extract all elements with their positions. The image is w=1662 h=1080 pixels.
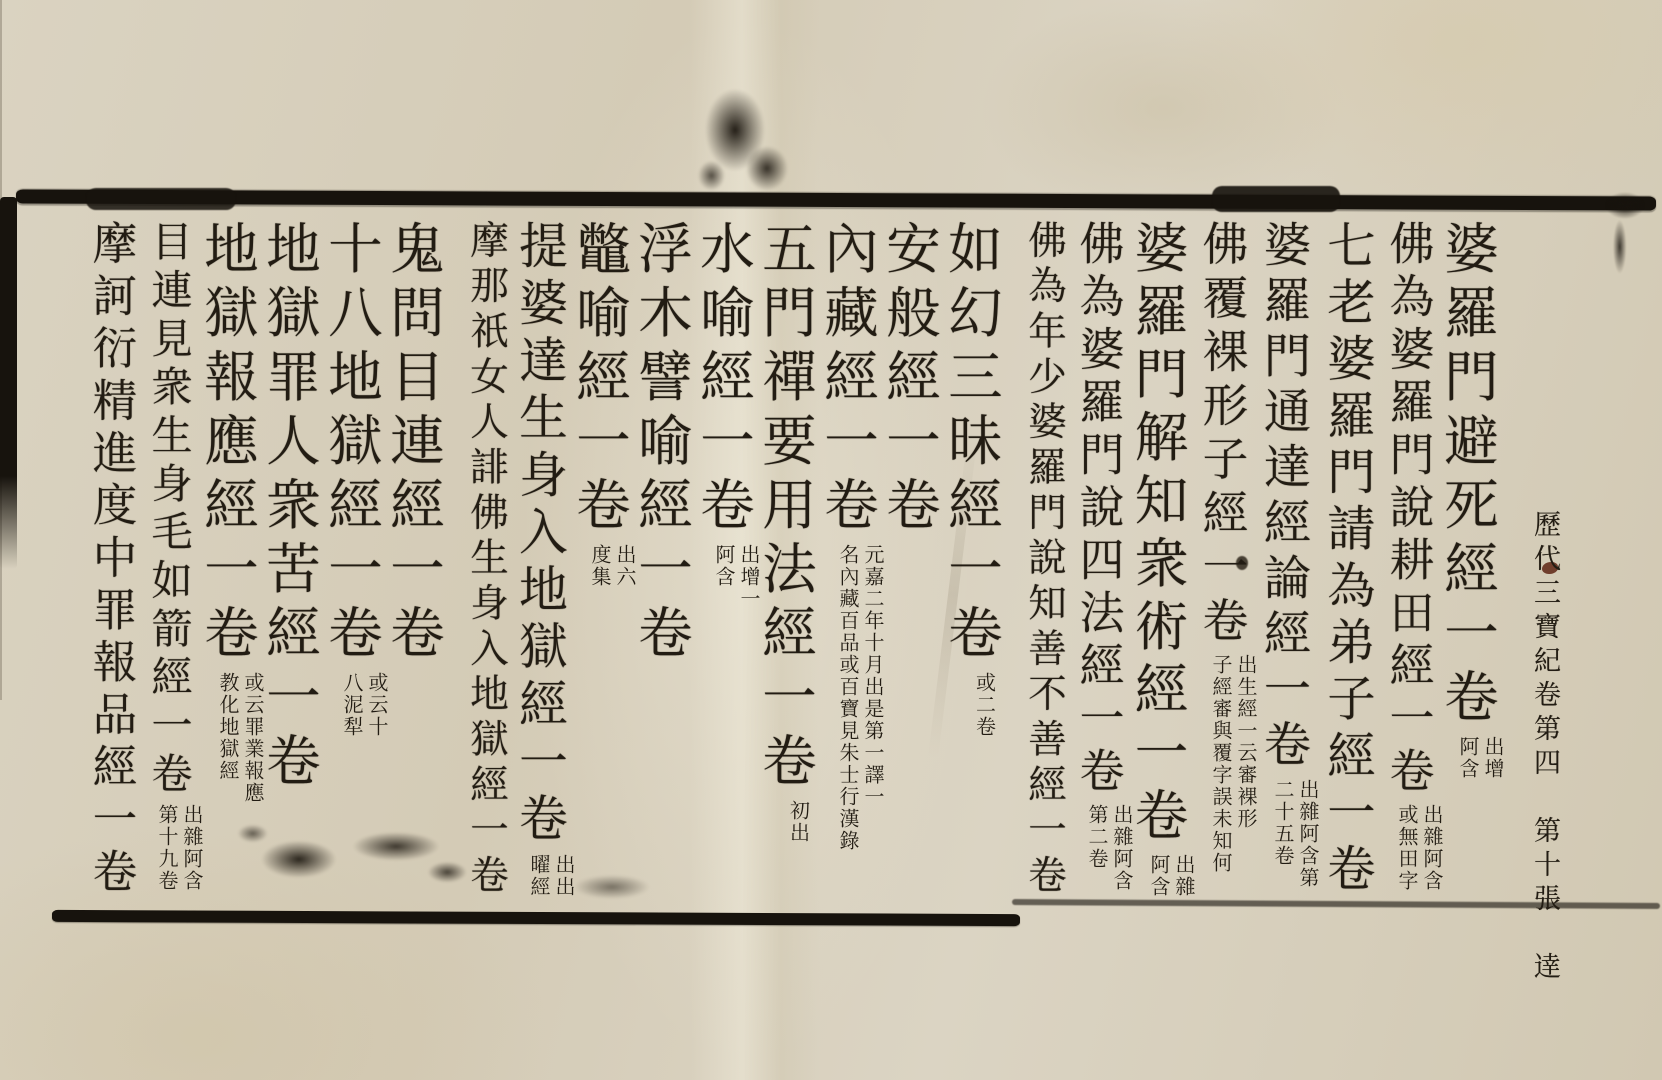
frame-rule-left [0,197,17,569]
entry-column: 如幻三昧經一卷或二卷 [948,220,1010,914]
entry-title: 佛為婆羅門說四法經一卷 [1072,220,1125,800]
entry-title: 佛為婆羅門說耕田經一卷 [1382,220,1435,800]
interlinear-note: 出雜阿含或無田字 [1394,804,1444,892]
note-left-halfcolumn: 或無田字 [1394,804,1419,892]
note-right-halfcolumn: 出增一 [736,544,761,610]
entry-column: 鼈喻經一卷出六度集 [576,220,638,914]
entry-column: 目連見衆生身毛如箭經一卷出雜阿含第十九卷 [142,220,204,914]
note-left-halfcolumn: 八泥犁 [339,672,364,738]
entry-column: 地獄報應經一卷或云罪業報應教化地獄經 [204,220,266,914]
entry-title: 五門禪要用法經一卷 [753,220,816,796]
note-right-halfcolumn: 出雜阿含 [179,804,204,892]
entry-column: 佛覆裸形子經一卷出生經一云審裸形子經審與覆字誤未知何 [1196,220,1258,914]
note-left-halfcolumn: 二十五卷 [1270,779,1295,889]
entry-column: 地獄罪人衆苦經一卷 [266,220,328,914]
entry-title: 地獄罪人衆苦經一卷 [257,220,320,796]
note-left-halfcolumn: 教化地獄經 [215,672,240,804]
entry-title: 如幻三昧經一卷 [939,220,1002,668]
interlinear-note: 出雜阿含第二卷 [1084,804,1134,892]
entry-column: 摩那祇女人誹佛生身入地獄經一卷 [452,220,514,914]
entry-column: 佛為年少婆羅門說知善不善經一卷 [1010,220,1072,914]
entry-title: 水喻經一卷 [691,220,754,540]
entry-title: 鼈喻經一卷 [567,220,630,540]
text-block: 歷代三寶紀卷第四 第十張 逹 婆羅門避死經一卷出增阿含佛為婆羅門說耕田經一卷出雜… [62,220,1564,914]
interlinear-note: 出雜阿含第十九卷 [154,804,204,892]
entry-title: 提婆達生身入地獄經一卷 [511,220,567,850]
entry-column: 內藏經一卷元嘉二年十月出是第一譯一名內藏百品或百寶見朱士行漢錄 [824,220,886,914]
entry-title: 目連見衆生身毛如箭經一卷 [145,220,193,800]
interlinear-note: 元嘉二年十月出是第一譯一名內藏百品或百寶見朱士行漢錄 [835,544,885,852]
entry-column: 提婆達生身入地獄經一卷出出曜經 [514,220,576,914]
interlinear-note: 或云十八泥犁 [339,672,389,738]
entry-column: 婆羅門避死經一卷出增阿含 [1444,220,1506,914]
note-left-halfcolumn: 第二卷 [1084,804,1109,892]
entry-title: 佛覆裸形子經一卷 [1196,220,1249,650]
note-left-halfcolumn: 子經審與覆字誤未知何 [1208,654,1233,874]
entry-column: 十八地獄經一卷或云十八泥犁 [328,220,390,914]
entry-title: 地獄報應經一卷 [195,220,258,668]
note-right-halfcolumn: 初出 [786,800,811,844]
entry-column: 鬼問目連經一卷 [390,220,452,914]
entry-title: 婆羅門解知衆術經一卷 [1126,220,1189,850]
manuscript-page: 歷代三寶紀卷第四 第十張 逹 婆羅門避死經一卷出增阿含佛為婆羅門說耕田經一卷出雜… [0,0,1662,1080]
note-right-halfcolumn: 出雜阿含 [1419,804,1444,892]
note-left-halfcolumn: 第十九卷 [154,804,179,892]
interlinear-note: 或云罪業報應教化地獄經 [215,672,265,804]
entry-column: 浮木譬喻經一卷 [638,220,700,914]
entry-column: 七老婆羅門請為弟子經一卷 [1320,220,1382,914]
note-right-halfcolumn: 或二卷 [972,672,997,738]
entry-title: 鬼問目連經一卷 [381,220,444,668]
frame-rule-top-blot-left [86,188,236,210]
entry-title: 十八地獄經一卷 [319,220,382,668]
note-right-halfcolumn: 出出 [551,854,576,898]
note-left-halfcolumn: 阿含 [1146,854,1171,898]
interlinear-note: 出增阿含 [1455,736,1505,780]
entry-title: 七老婆羅門請為弟子經一卷 [1319,220,1375,900]
entry-title: 婆羅門避死經一卷 [1435,220,1498,732]
note-right-halfcolumn: 或云罪業報應 [240,672,265,804]
entry-title: 摩訶衍精進度中罪報品經一卷 [85,220,136,900]
interlinear-note: 出生經一云審裸形子經審與覆字誤未知何 [1208,654,1258,874]
entry-column: 佛為婆羅門說耕田經一卷出雜阿含或無田字 [1382,220,1444,914]
interlinear-note: 初出 [786,800,811,844]
interlinear-note: 出增一阿含 [711,544,761,610]
interlinear-note: 出雜阿含第二十五卷 [1270,779,1320,889]
interlinear-note: 出六度集 [587,544,637,588]
note-right-halfcolumn: 出雜阿含第 [1295,779,1320,889]
volume-title-column: 歷代三寶紀卷第四 第十張 逹 [1506,220,1564,914]
note-right-halfcolumn: 或云十 [364,672,389,738]
entry-title: 安般經一卷 [877,220,940,540]
entry-column: 摩訶衍精進度中罪報品經一卷 [80,220,142,914]
entry-title: 內藏經一卷 [815,220,878,540]
note-left-halfcolumn: 度集 [587,544,612,588]
entry-column: 婆羅門通達經論經一卷出雜阿含第二十五卷 [1258,220,1320,914]
entry-column: 婆羅門解知衆術經一卷出雜阿含 [1134,220,1196,914]
note-left-halfcolumn: 名內藏百品或百寶見朱士行漢錄 [835,544,860,852]
ink-smudge-top [682,82,800,202]
entry-title: 摩那祇女人誹佛生身入地獄經一卷 [464,220,509,900]
note-right-halfcolumn: 出生經一云審裸形 [1233,654,1258,874]
interlinear-note: 出出曜經 [526,854,576,898]
note-right-halfcolumn: 元嘉二年十月出是第一譯一 [860,544,885,852]
entry-title: 浮木譬喻經一卷 [629,220,692,668]
note-left-halfcolumn: 曜經 [526,854,551,898]
entry-column: 佛為婆羅門說四法經一卷出雜阿含第二卷 [1072,220,1134,914]
note-right-halfcolumn: 出六 [612,544,637,588]
note-right-halfcolumn: 出雜阿含 [1109,804,1134,892]
note-left-halfcolumn: 阿含 [711,544,736,610]
note-left-halfcolumn: 阿含 [1455,736,1480,780]
interlinear-note: 或二卷 [972,672,997,738]
interlinear-note: 出雜阿含 [1146,854,1196,898]
note-right-halfcolumn: 出雜 [1171,854,1196,898]
entry-title: 婆羅門通達經論經一卷 [1256,220,1311,775]
entry-title: 佛為年少婆羅門說知善不善經一卷 [1022,220,1067,900]
note-right-halfcolumn: 出增 [1480,736,1505,780]
frame-rule-top [16,189,1656,210]
frame-rule-top-blot-right [1212,186,1340,212]
